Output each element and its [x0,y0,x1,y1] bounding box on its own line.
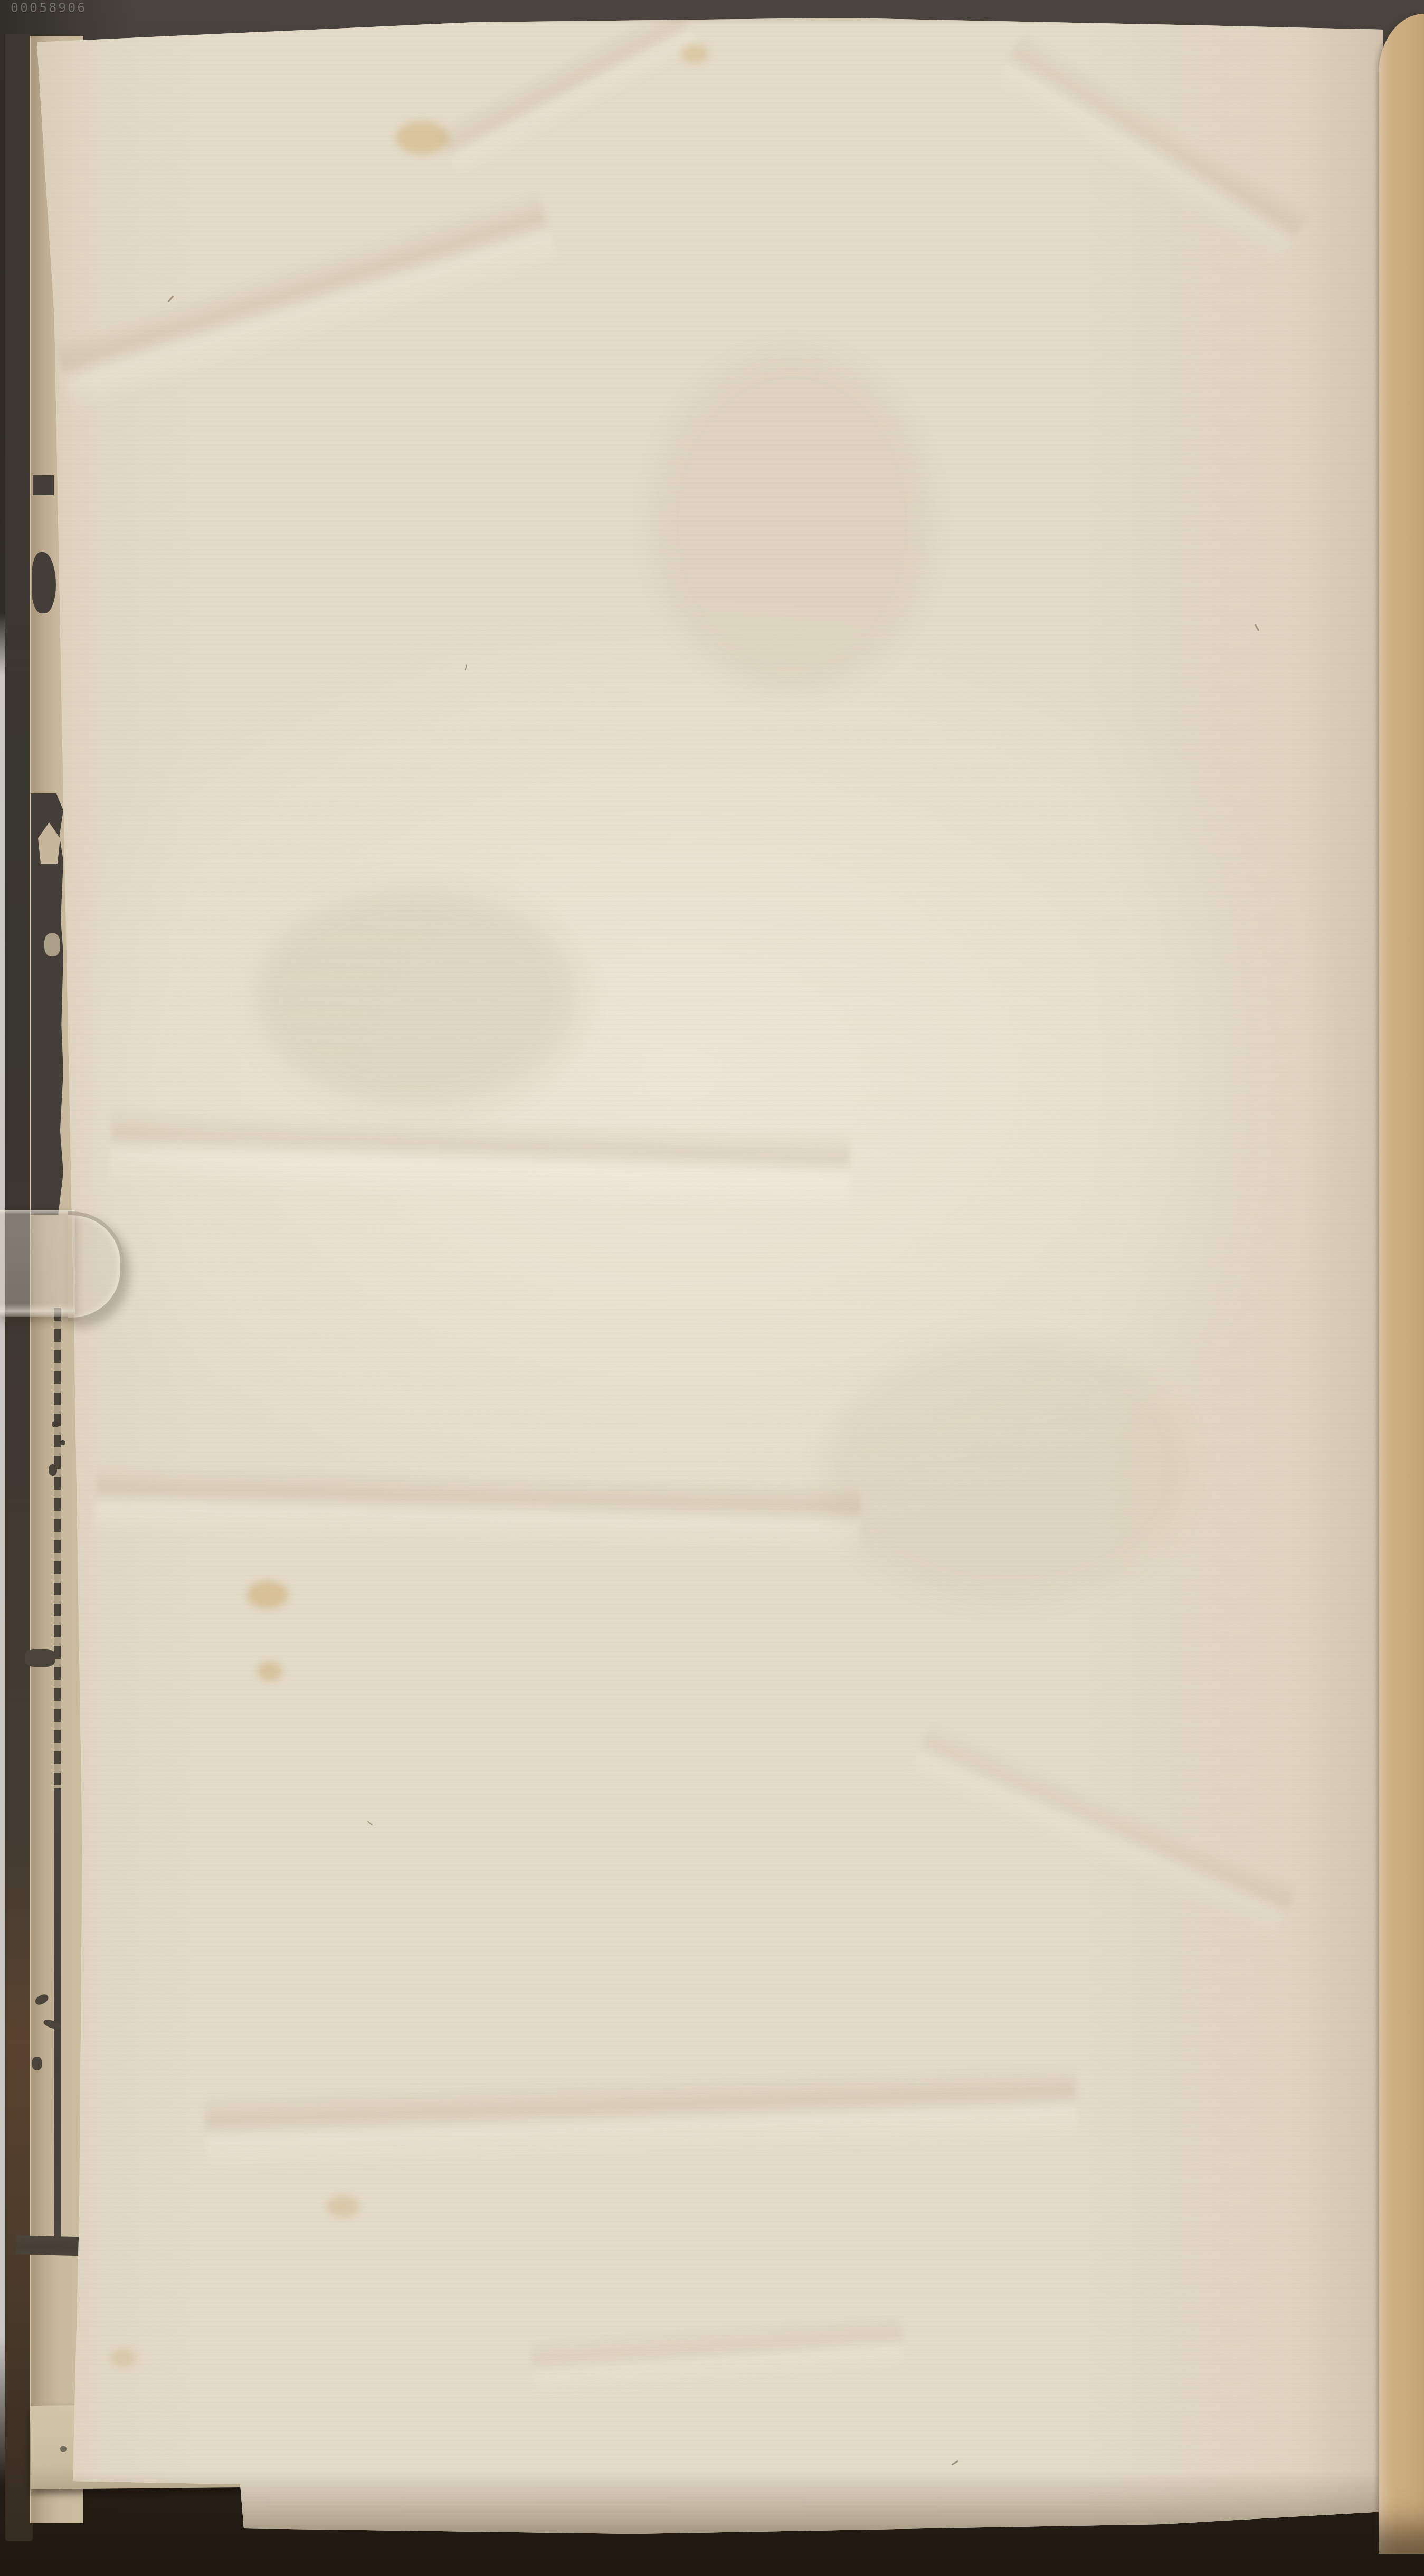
crease-fold [205,2064,1078,2174]
book-scan: 00058906 [0,0,1424,2576]
print-fragment-square [33,475,54,495]
paper-fiber [464,664,467,670]
ink-speck [34,1993,50,2006]
crease-fold [907,1721,1299,1943]
crease-fold [110,1106,851,1211]
clip-bar [0,1210,75,1317]
stain-yellow [327,2196,359,2217]
crease-fold [989,32,1312,269]
print-fragment-blob [32,552,56,613]
page-holder-clip [0,1210,125,1317]
stain-yellow [111,2349,136,2367]
book-fore-edge-pages [1379,14,1424,2554]
crease-fold [94,1463,861,1557]
paper-fiber [1255,624,1260,631]
wrinkle-shadow [253,887,581,1109]
print-fragment-light-notch [44,933,60,956]
clip-rounded-end [68,1211,124,1321]
stain-yellow [247,1581,288,1608]
crease-fold [52,192,560,415]
ink-speck [60,1440,65,1445]
wrinkle-shadow [654,354,929,692]
stain-yellow [258,1662,282,1681]
crease-fold [531,2315,904,2399]
print-frame-border-dotted [54,1308,61,1789]
wrinkle-shadow [823,1336,1193,1599]
stain-yellow [396,121,449,154]
ink-mark-horizontal [25,1649,55,1667]
print-frame-border-solid [54,1788,61,2251]
stain-yellow [681,45,708,63]
ink-speck [32,2057,42,2070]
crease-fold [435,2,705,182]
paper-fiber [367,1821,373,1825]
scan-id-number: 00058906 [11,0,87,15]
paper-fiber [167,295,174,302]
ink-speck [60,2446,67,2452]
paper-fiber [951,2460,958,2465]
paper-page [32,16,1384,2536]
